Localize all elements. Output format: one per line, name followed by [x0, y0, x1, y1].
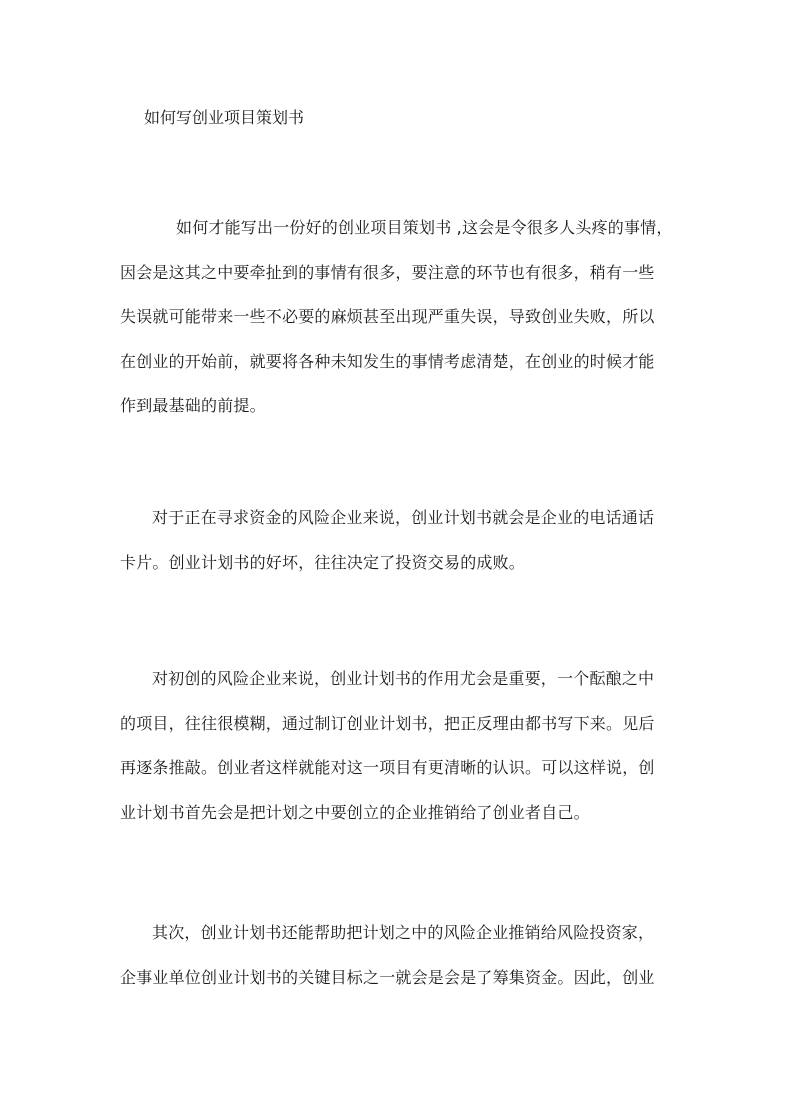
paragraph-line: 如何才能写出一份好的创业项目策划书 ,这会是令很多人头疼的事情， [120, 217, 680, 239]
document-page: 如何写创业项目策划书 如何才能写出一份好的创业项目策划书 ,这会是令很多人头疼的… [0, 0, 792, 1120]
paragraph-line: 失误就可能带来一些不必要的麻烦甚至出现严重失误，导致创业失败，所以 [120, 306, 680, 328]
paragraph-line: 卡片。创业计划书的好坏，往往决定了投资交易的成败。 [120, 552, 680, 574]
paragraph-line: 的项目，往往很模糊，通过制订创业计划书，把正反理由都书写下来。见后 [120, 713, 680, 735]
paragraph-line: 作到最基础的前提。 [120, 395, 680, 417]
paragraph-line: 再逐条推敲。创业者这样就能对这一项目有更清晰的认识。可以这样说，创 [120, 757, 680, 779]
paragraph-4: 其次，创业计划书还能帮助把计划之中的风险企业推销给风险投资家， 企事业单位创业计… [120, 922, 680, 1011]
paragraph-3: 对初创的风险企业来说，创业计划书的作用尤会是重要，一个酝酿之中 的项目，往往很模… [120, 668, 680, 846]
paragraph-line: 企事业单位创业计划书的关键目标之一就会是会是了筹集资金。因此，创业 [120, 967, 680, 989]
paragraph-line: 对于正在寻求资金的风险企业来说，创业计划书就会是企业的电话通话 [120, 507, 680, 529]
paragraph-2: 对于正在寻求资金的风险企业来说，创业计划书就会是企业的电话通话 卡片。创业计划书… [120, 507, 680, 596]
paragraph-line: 业计划书首先会是把计划之中要创立的企业推销给了创业者自己。 [120, 802, 680, 824]
document-title: 如何写创业项目策划书 [144, 107, 304, 129]
paragraph-line: 在创业的开始前，就要将各种未知发生的事情考虑清楚，在创业的时候才能 [120, 351, 680, 373]
paragraph-line: 其次，创业计划书还能帮助把计划之中的风险企业推销给风险投资家， [120, 922, 680, 944]
paragraph-line: 因会是这其之中要牵扯到的事情有很多，要注意的环节也有很多，稍有一些 [120, 262, 680, 284]
paragraph-line: 对初创的风险企业来说，创业计划书的作用尤会是重要，一个酝酿之中 [120, 668, 680, 690]
paragraph-1: 如何才能写出一份好的创业项目策划书 ,这会是令很多人头疼的事情， 因会是这其之中… [120, 217, 680, 440]
